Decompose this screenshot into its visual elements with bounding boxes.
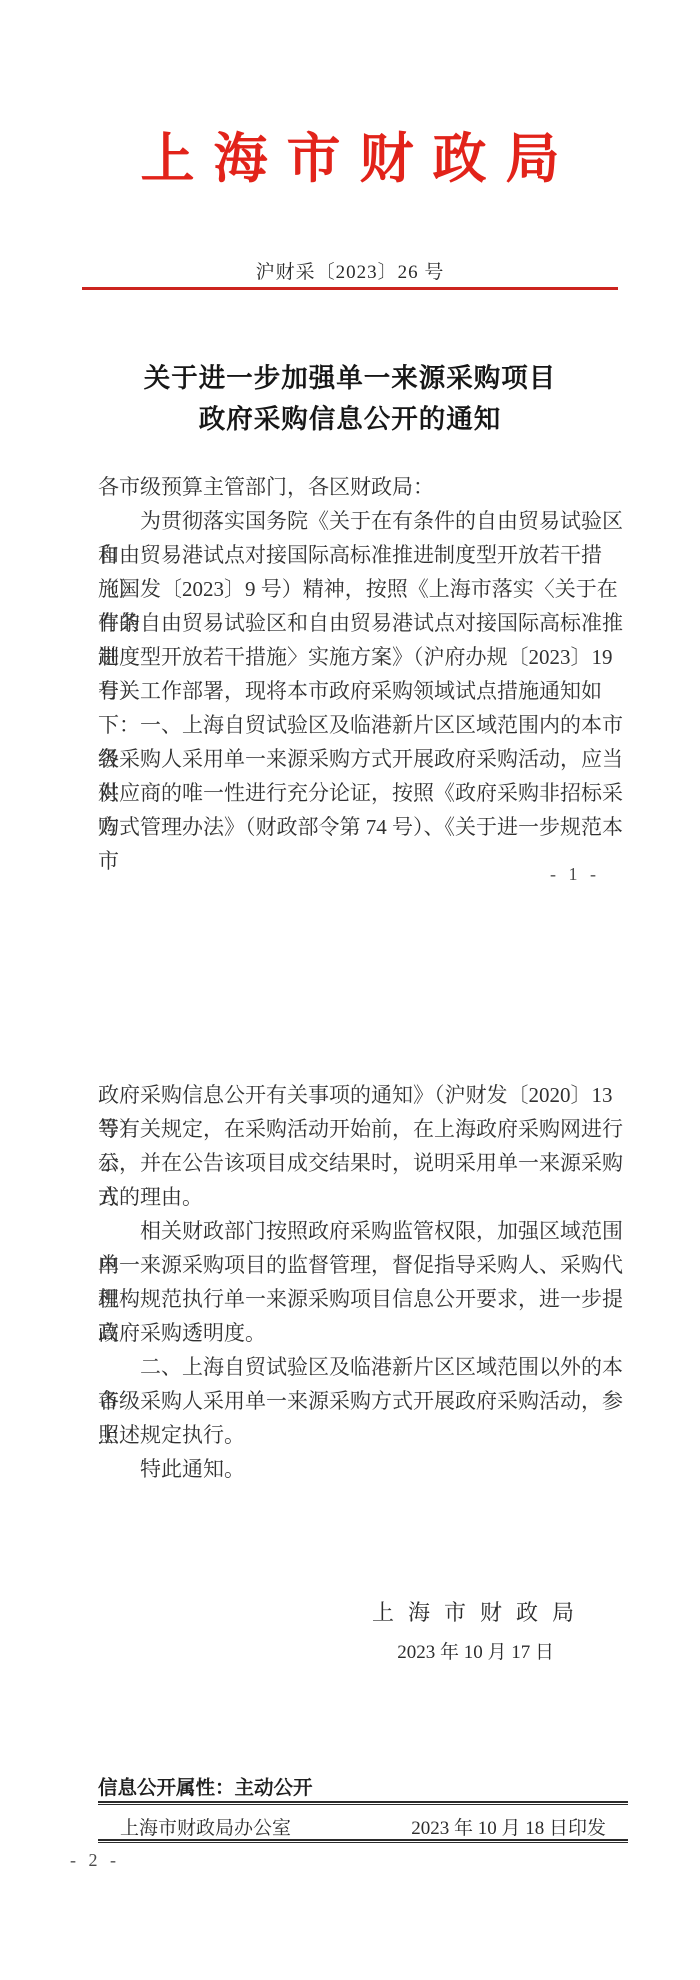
document-line: （国发〔2023〕9 号）精神，按照《上海市落实〈关于在有条 xyxy=(98,572,628,606)
red-divider xyxy=(82,287,618,290)
agency-header: 上海市财政局 xyxy=(0,116,700,193)
page2-body: 政府采购信息公开有关事项的通知》（沪财发〔2020〕13 号）等有关规定，在采购… xyxy=(98,1078,628,1486)
document-line: 件的自由贸易试验区和自由贸易港试点对接国际高标准推进 xyxy=(98,606,628,640)
document-line: 为贯彻落实国务院《关于在有条件的自由贸易试验区和 xyxy=(98,504,628,538)
document-line: 上述规定执行。 xyxy=(98,1418,628,1452)
print-date: 2023 年 10 月 18 日印发 xyxy=(411,1813,606,1840)
page1-number: - 1 - xyxy=(550,864,600,885)
page2-number: - 2 - xyxy=(70,1850,120,1871)
document-line: 政府采购透明度。 xyxy=(98,1316,628,1350)
document-page: 上海市财政局 沪财采〔2023〕26 号 关于进一步加强单一来源采购项目 政府采… xyxy=(0,0,700,1980)
document-line: 一、上海自贸试验区及临港新片区区域范围内的本市各 xyxy=(98,708,628,742)
document-line: 供应商的唯一性进行充分论证，按照《政府采购非招标采购 xyxy=(98,776,628,810)
document-line: 自由贸易港试点对接国际高标准推进制度型开放若干措施》 xyxy=(98,538,628,572)
document-line: 机构规范执行单一来源采购项目信息公开要求，进一步提高 xyxy=(98,1282,628,1316)
page1-body: 各市级预算主管部门，各区财政局： 为贯彻落实国务院《关于在有条件的自由贸易试验区… xyxy=(98,470,628,844)
document-line: 级采购人采用单一来源采购方式开展政府采购活动，应当对 xyxy=(98,742,628,776)
colophon-divider-bottom xyxy=(98,1839,628,1843)
document-line: 等有关规定，在采购活动开始前，在上海政府采购网进行公 xyxy=(98,1112,628,1146)
signature-date: 2023 年 10 月 17 日 xyxy=(397,1637,554,1664)
document-line: 政府采购信息公开有关事项的通知》（沪财发〔2020〕13 号） xyxy=(98,1078,628,1112)
disclosure-attribute: 信息公开属性：主动公开 xyxy=(98,1772,313,1800)
title-line-1: 关于进一步加强单一来源采购项目 xyxy=(0,358,700,399)
document-line: 二、上海自贸试验区及临港新片区区域范围以外的本市 xyxy=(98,1350,628,1384)
document-line: 单一来源采购项目的监督管理，督促指导采购人、采购代理 xyxy=(98,1248,628,1282)
document-line: 各市级预算主管部门，各区财政局： xyxy=(98,470,628,504)
issuing-office: 上海市财政局办公室 xyxy=(120,1813,291,1840)
colophon-row: 上海市财政局办公室 2023 年 10 月 18 日印发 xyxy=(98,1813,628,1840)
document-title: 关于进一步加强单一来源采购项目 政府采购信息公开的通知 xyxy=(0,358,700,440)
document-line: 有关工作部署，现将本市政府采购领域试点措施通知如下： xyxy=(98,674,628,708)
title-line-2: 政府采购信息公开的通知 xyxy=(0,399,700,440)
document-line: 方式管理办法》（财政部令第 74 号）、《关于进一步规范本市 xyxy=(98,810,628,844)
attribute-label: 信息公开属性： xyxy=(98,1777,235,1799)
document-line: 相关财政部门按照政府采购监管权限，加强区域范围内 xyxy=(98,1214,628,1248)
signature-agency: 上海市财政局 xyxy=(372,1596,588,1627)
attribute-value: 主动公开 xyxy=(235,1777,313,1799)
document-line: 特此通知。 xyxy=(98,1452,628,1486)
document-line: 各级采购人采用单一来源采购方式开展政府采购活动，参照 xyxy=(98,1384,628,1418)
colophon-divider-top xyxy=(98,1801,628,1805)
document-line: 制度型开放若干措施〉实施方案》（沪府办规〔2023〕19 号） xyxy=(98,640,628,674)
document-line: 示，并在公告该项目成交结果时，说明采用单一来源采购方 xyxy=(98,1146,628,1180)
document-line: 式的理由。 xyxy=(98,1180,628,1214)
doc-number: 沪财采〔2023〕26 号 xyxy=(0,257,700,284)
